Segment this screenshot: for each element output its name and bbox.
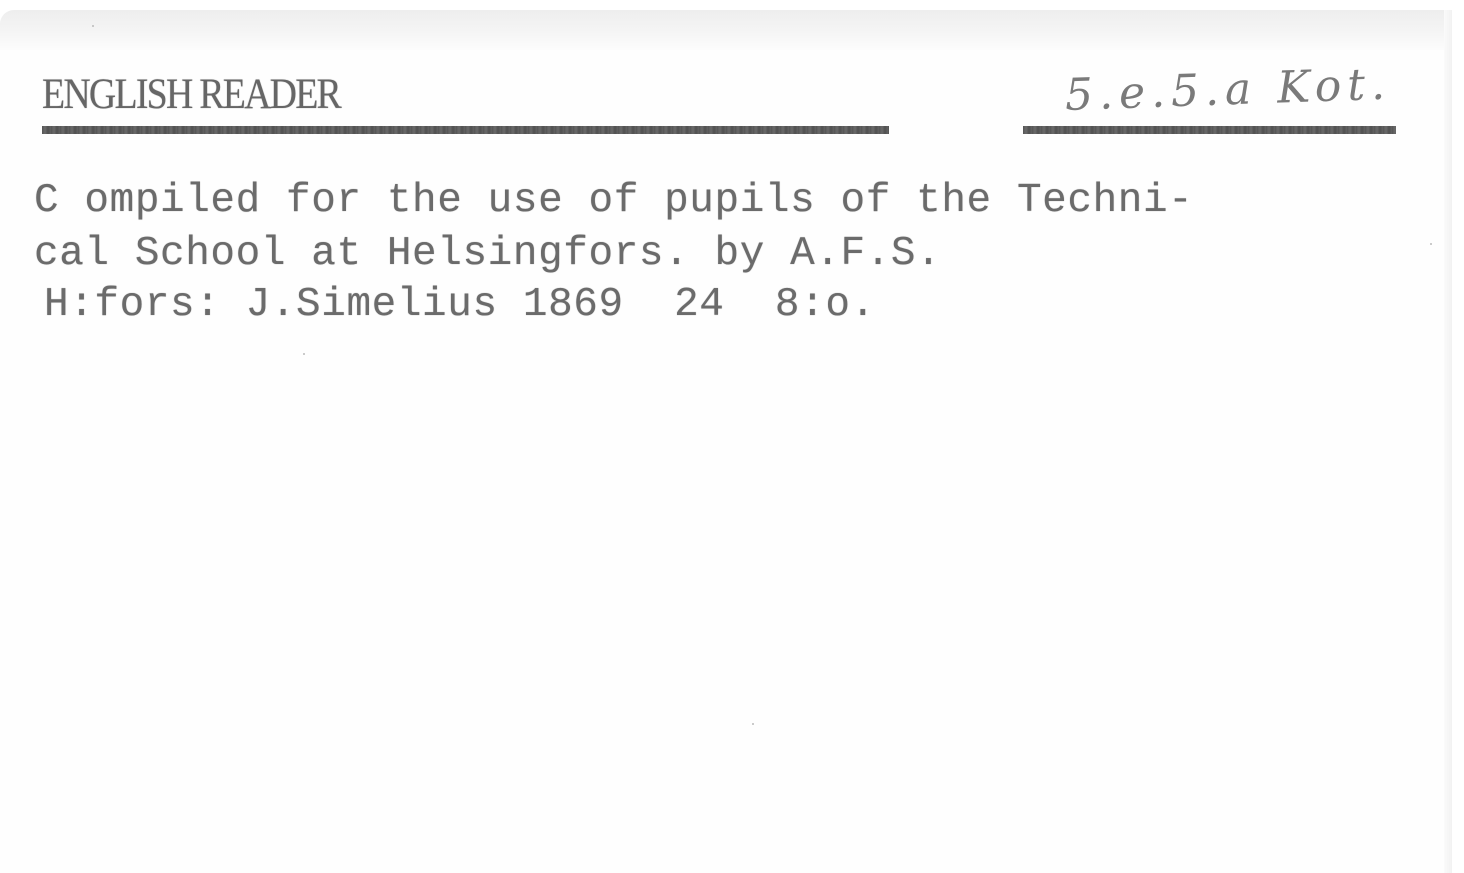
imprint-line: H:fors: J.Simelius 1869 24 8:o. — [44, 282, 876, 328]
card-title: ENGLISH READER — [42, 70, 340, 119]
card-top-shadow — [0, 10, 1452, 50]
paper-speck — [92, 25, 94, 27]
shelfmark-underline-rule — [1023, 126, 1396, 134]
catalog-card: ENGLISH READER 5.e.5.a Kot. C ompiled fo… — [0, 10, 1452, 873]
paper-speck — [1430, 243, 1432, 245]
title-underline-rule — [42, 126, 889, 134]
description-line-1: C ompiled for the use of pupils of the T… — [34, 178, 1193, 224]
shelfmark-handwritten: 5.e.5.a Kot. — [1064, 59, 1392, 121]
card-right-edge — [1444, 10, 1452, 873]
paper-speck — [303, 353, 305, 355]
description-line-2: cal School at Helsingfors. by A.F.S. — [34, 231, 941, 277]
paper-speck — [752, 723, 754, 725]
